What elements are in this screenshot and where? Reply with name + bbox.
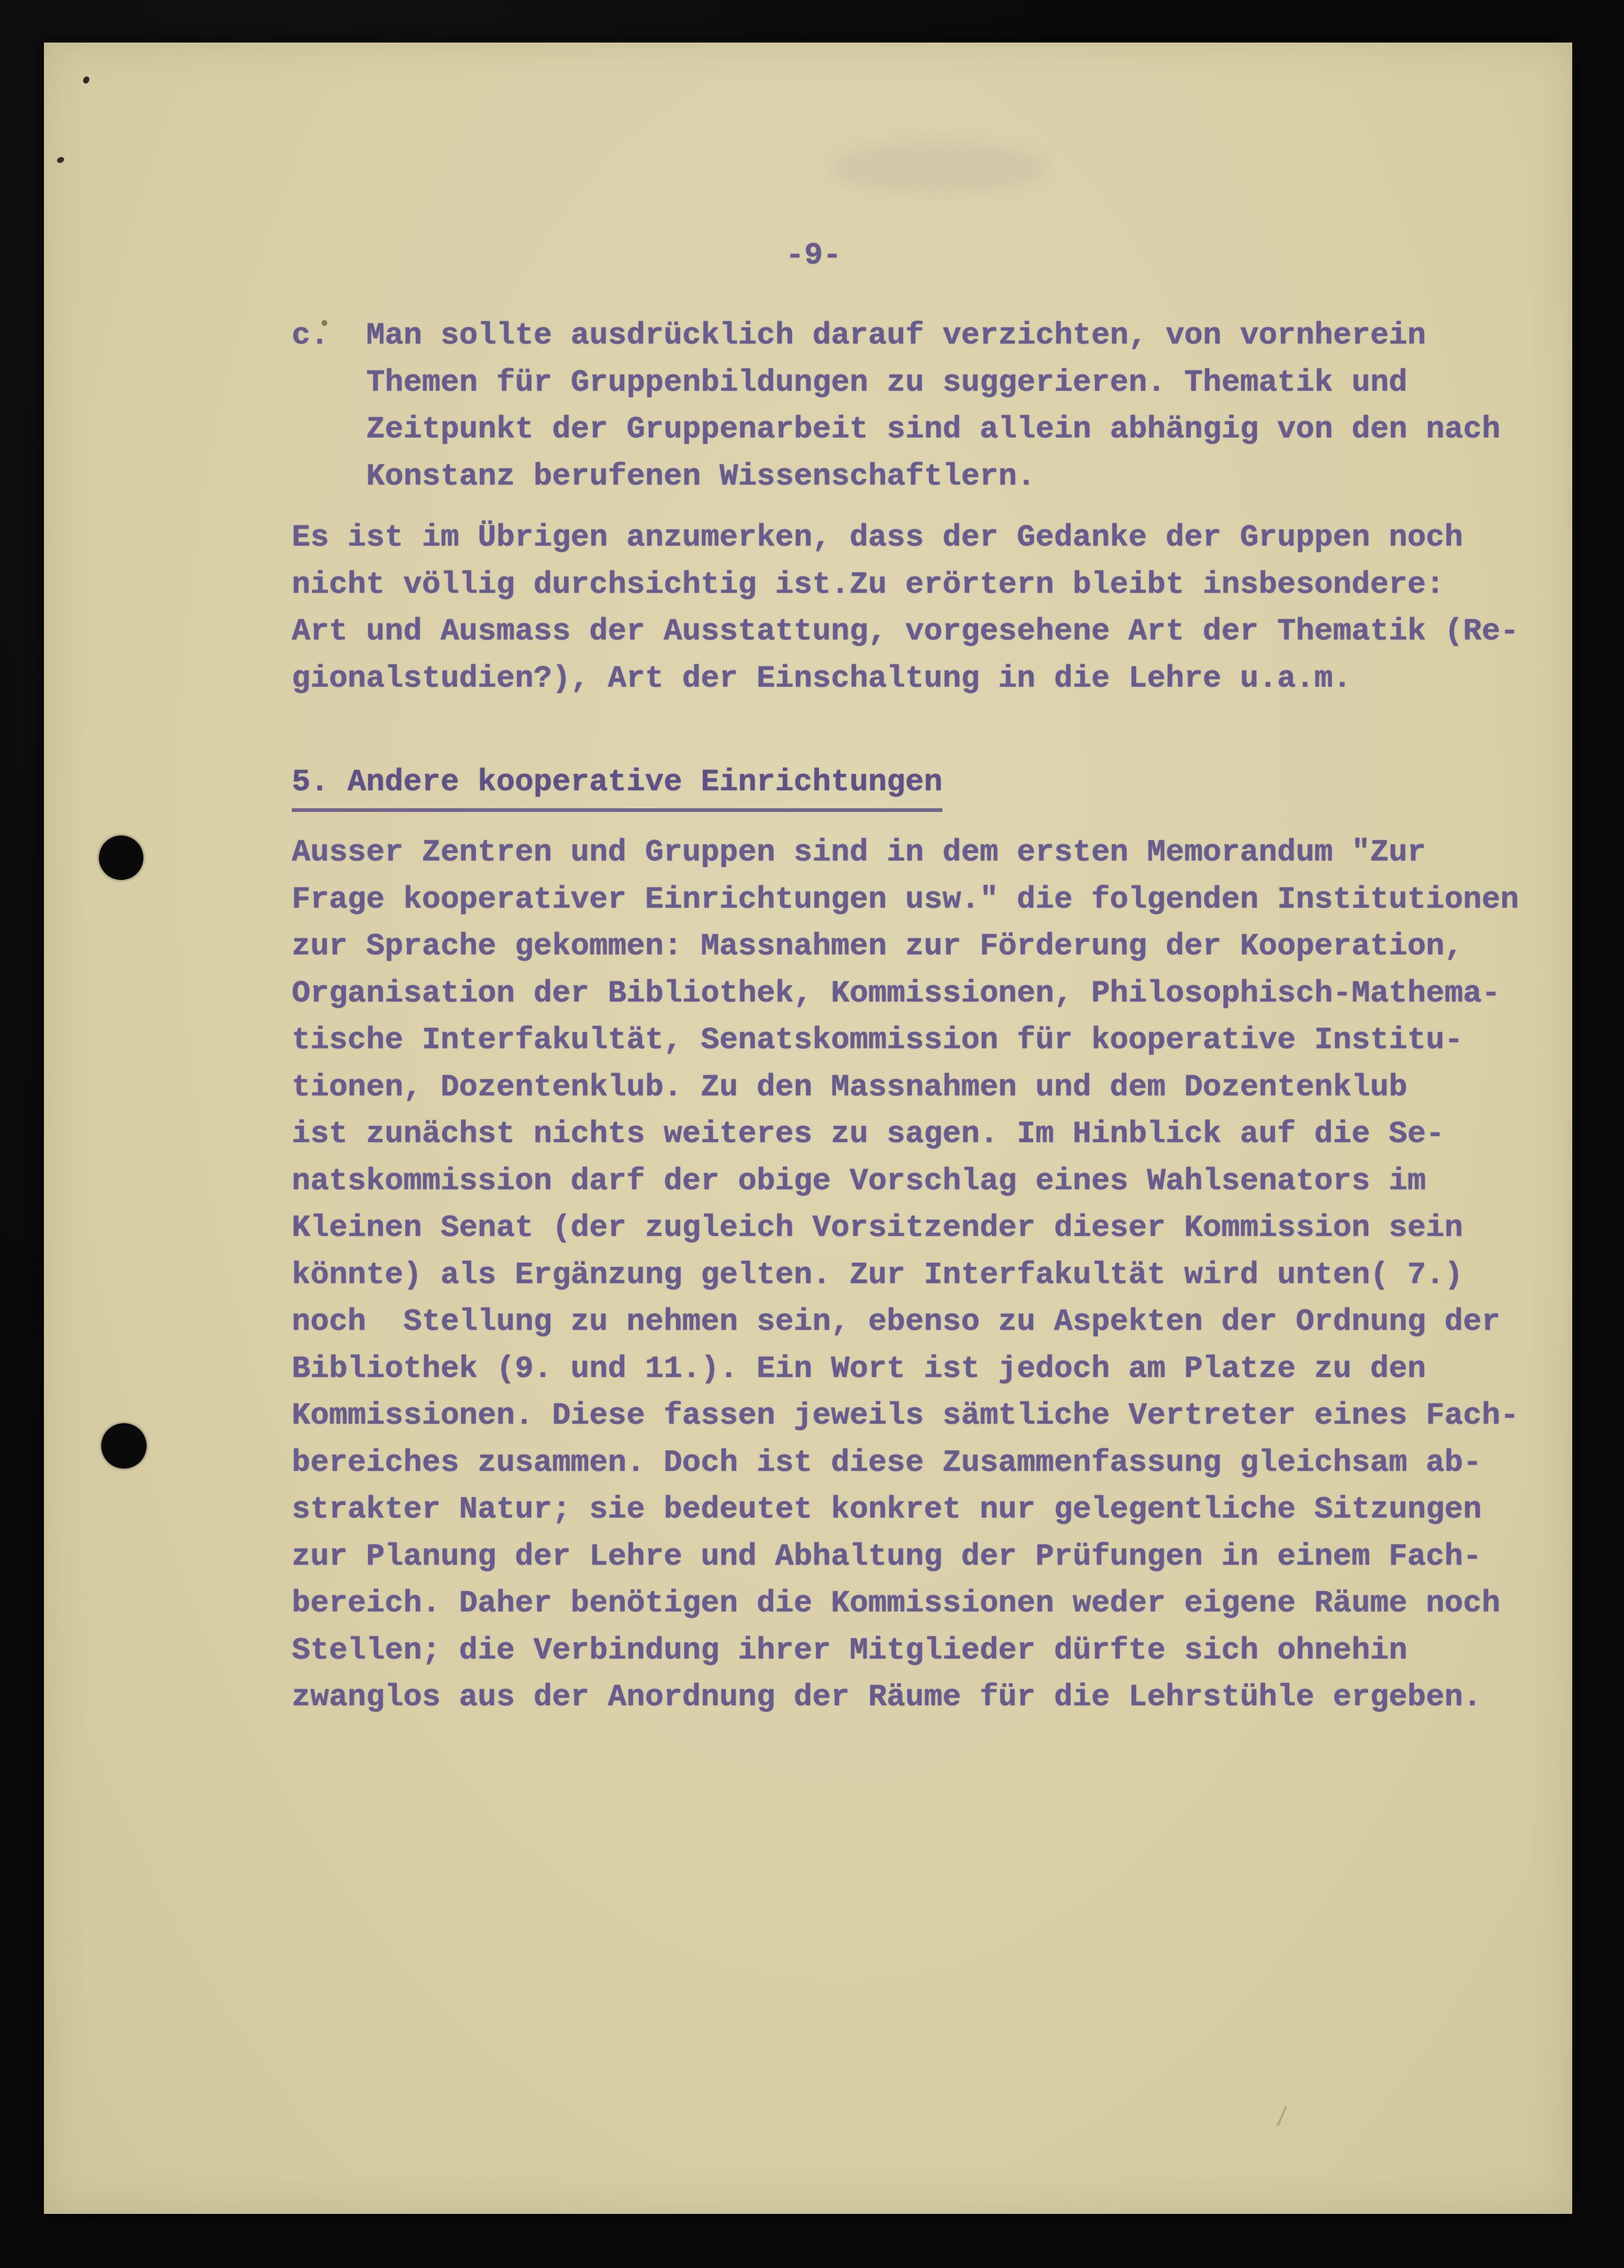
list-item-c-text: Man sollte ausdrücklich darauf verzichte… — [366, 313, 1522, 500]
section-heading-text: 5. Andere kooperative Einrichtungen — [292, 759, 942, 812]
page-number: -9- — [786, 233, 842, 280]
list-item-c-marker: c. — [292, 313, 366, 360]
bleed-through-smudge — [830, 142, 1047, 193]
hole-punch-top — [99, 836, 143, 880]
section-heading: 5. Andere kooperative Einrichtungen — [292, 759, 942, 812]
paragraph-other-institutions: Ausser Zentren und Gruppen sind in dem e… — [292, 830, 1568, 1721]
paragraph-remarks: Es ist im Übrigen anzumerken, dass der G… — [292, 515, 1568, 702]
list-item-c: c. Man sollte ausdrücklich darauf verzic… — [292, 313, 1522, 500]
paper-speck — [56, 156, 65, 164]
hole-punch-bottom — [101, 1423, 147, 1469]
document-page: -9- c. Man sollte ausdrücklich darauf ve… — [44, 43, 1572, 2214]
paper-speck — [82, 75, 91, 85]
paper-scratch — [1277, 2106, 1287, 2127]
scan-background: -9- c. Man sollte ausdrücklich darauf ve… — [0, 0, 1624, 2268]
